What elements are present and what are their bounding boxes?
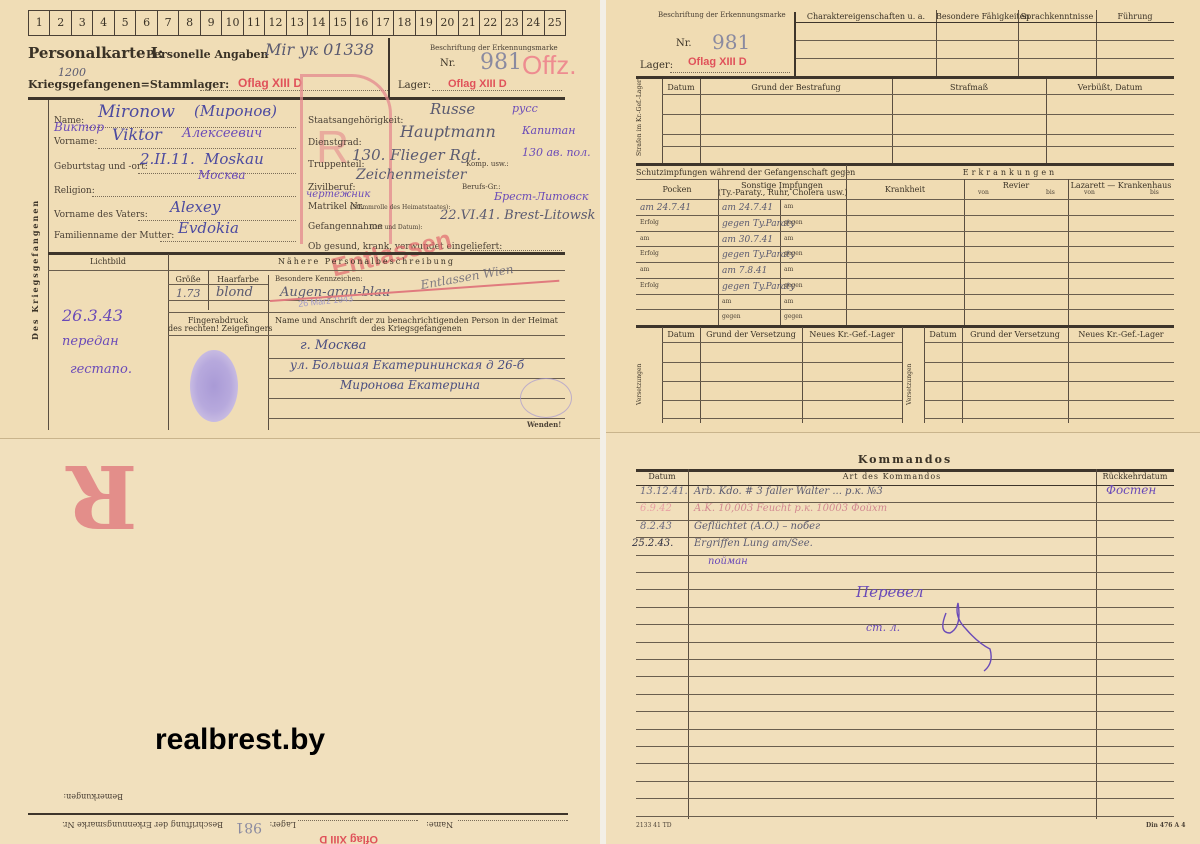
rule-line	[636, 624, 1174, 625]
right-lager-stamp: Oflag XIII D	[688, 56, 747, 68]
rule-line	[636, 278, 1174, 279]
geburt-label: Geburtstag und -ort:	[54, 162, 148, 172]
sonstige-label-2: (Ty.-Paraty., Ruhr, Cholera usw.)	[718, 188, 846, 197]
column-number: 22	[479, 10, 500, 35]
kommando-art: Arb. Kdo. # 3 faller Walter ... р.к. №3	[694, 486, 883, 497]
geburt-place-cyrillic: Москва	[198, 168, 246, 182]
rule-line	[636, 215, 1174, 216]
zivil-value: Zeichenmeister	[356, 167, 466, 183]
pocken-cell: am	[640, 235, 649, 242]
impf-third-cell: gegen	[784, 313, 803, 320]
kommando-datum: 13.12.41.	[640, 486, 688, 497]
column-number: 10	[221, 10, 242, 35]
matrikel-sub: (Stammrolle des Heimatstaates):	[350, 204, 450, 211]
column-number: 18	[393, 10, 414, 35]
column-number: 21	[458, 10, 479, 35]
column-number: 15	[329, 10, 350, 35]
versetz-header: Neues Kr.-Gef.-Lager	[802, 330, 902, 339]
pocken-label: Pocken	[636, 185, 718, 194]
personalkarte-front: 1234567891011121314151617181920212223242…	[0, 0, 600, 438]
versetz-side-label-2: Versetzungen	[906, 345, 913, 405]
rule-line	[636, 746, 1174, 747]
geburt-place: Moskau	[204, 150, 264, 168]
vater-value: Alexey	[170, 198, 220, 216]
rule-line	[636, 246, 1174, 247]
groesse-value: 1.73	[176, 287, 201, 300]
traits-header: Sprachkenntnisse	[1018, 12, 1096, 21]
rule-line	[636, 816, 1174, 817]
card-subtitle: Personelle Angaben	[146, 48, 269, 61]
sonstige-cell: am 30.7.41	[722, 235, 773, 245]
offz-stamp: Offz.	[522, 50, 576, 81]
rule-line	[662, 418, 902, 419]
fingerprint	[190, 350, 238, 422]
staat-cyrillic: русс	[512, 102, 538, 115]
column-number: 25	[544, 10, 565, 35]
lazarett-bis: bis	[1150, 189, 1159, 196]
pocken-cell: am	[640, 266, 649, 273]
rule-line	[924, 418, 1174, 419]
rule-line	[636, 262, 1174, 263]
address-line: ул. Большая Екатерининская д 26-б	[290, 358, 524, 372]
krankheit-label: Krankheit	[846, 185, 964, 194]
right-erkennungsmarke-label: Beschriftung der Erkennungsmarke	[658, 11, 786, 19]
rule-line	[1046, 79, 1047, 163]
rule-line	[1096, 10, 1097, 76]
kommando-datum: 25.2.43.	[632, 538, 673, 549]
versetz-header: Datum	[662, 330, 700, 339]
rule-line	[662, 400, 902, 401]
staat-value: Russe	[430, 100, 475, 118]
vorname-label: Vorname:	[54, 137, 97, 147]
footer-din-format: Din 476 A 4	[1146, 822, 1185, 829]
column-number: 24	[522, 10, 543, 35]
versetz-header: Grund der Versetzung	[962, 330, 1068, 339]
kommando-art: A.K. 10,003 Feucht р.к. 10003 Фойхт	[694, 503, 887, 514]
pocken-cell: Erfolg	[640, 282, 659, 289]
rule-line	[636, 763, 1174, 764]
mutter-value: Evdokia	[178, 219, 239, 237]
column-number: 5	[114, 10, 135, 35]
rule-line	[924, 381, 1174, 382]
column-number: 17	[372, 10, 393, 35]
rule-line	[636, 607, 1174, 608]
rule-line	[636, 231, 1174, 232]
rule-line	[924, 362, 1174, 363]
impf-third-cell: gegen	[784, 250, 803, 257]
address-line: Миронова Екатерина	[340, 378, 480, 392]
impf-title: Schutzimpfungen während der Gefangenscha…	[636, 168, 846, 177]
strafen-header: Datum	[662, 83, 700, 92]
rule-line	[662, 94, 1174, 95]
impf-third-cell: gegen	[784, 282, 803, 289]
right-nr-label: Nr.	[676, 38, 692, 49]
rule-line	[662, 79, 663, 163]
religion-label: Religion:	[54, 186, 95, 196]
versetz-side-label-1: Versetzungen	[636, 345, 643, 405]
rule-line	[662, 381, 902, 382]
column-number: 23	[501, 10, 522, 35]
vorname-value: Viktor	[112, 125, 162, 144]
rule-line	[636, 711, 1174, 712]
stammlager-stamp: Oflag XIII D	[238, 76, 302, 90]
name-cyrillic: (Миронов)	[194, 102, 277, 120]
rule-line	[636, 294, 1174, 295]
traits-header: Führung	[1096, 12, 1174, 21]
rule-line	[636, 694, 1174, 695]
kommando-art: Geflüchtet (A.O.) – побег	[694, 521, 820, 532]
pocken-cell: Erfolg	[640, 219, 659, 226]
rule-line	[636, 781, 1174, 782]
kommando-rueck: Фостен	[1106, 483, 1156, 497]
rule-line	[924, 342, 1174, 343]
rule-line	[892, 79, 893, 163]
komp-label: Komp. usw.:	[466, 160, 509, 168]
rule-line	[662, 362, 902, 363]
column-number: 20	[436, 10, 457, 35]
flipped-beschriftung: Beschriftung der Erkennungsmarke Nr.	[62, 820, 223, 829]
staat-label: Staatsangehörigkeit:	[308, 116, 403, 126]
matrikel-cyrillic: Брест-Литовск	[494, 190, 588, 203]
finger-label-2: des rechten! Zeigefingers	[168, 324, 268, 333]
column-number: 8	[178, 10, 199, 35]
rule-line	[662, 342, 902, 343]
rule-line	[796, 58, 1174, 59]
rule-line	[796, 40, 1174, 41]
top-annotation: Mir ук 01338	[265, 40, 374, 59]
vater-label: Vorname des Vaters:	[54, 210, 148, 220]
kommandos-header-art: Art des Kommandos	[688, 472, 1096, 481]
traits-header: Charaktereigenschaften u. a.	[796, 12, 936, 21]
column-number: 2	[49, 10, 70, 35]
personalkarte-reverse-top: Beschriftung der Erkennungsmarke Nr. 981…	[606, 0, 1200, 432]
impf-third-cell: am	[784, 266, 793, 273]
nr-value: 981	[480, 50, 522, 75]
patronym-cyrillic: Алексеевич	[182, 126, 262, 141]
signature-scribble	[932, 583, 1002, 673]
versetz-header: Datum	[924, 330, 962, 339]
flipped-stamp: Oflag XIII D	[319, 833, 378, 844]
pocken-cell: am 24.7.41	[640, 203, 691, 213]
right-nr-value: 981	[712, 30, 750, 54]
truppe-value: 130. Flieger Rgt.	[352, 146, 481, 164]
flipped-name: Name:	[426, 820, 453, 829]
column-number: 1	[28, 10, 49, 35]
rule-line	[902, 327, 903, 423]
versetz-header: Neues Kr.-Gef.-Lager	[1068, 330, 1174, 339]
haarfarbe-label: Haarfarbe	[208, 275, 268, 284]
bemerkungen-label: Bemerkungen:	[63, 792, 123, 801]
lager-label: Lager:	[398, 80, 431, 91]
address-line: г. Москва	[300, 338, 366, 353]
rule-line	[636, 642, 1174, 643]
kennzeichen-label: Besondere Kennzeichen:	[275, 275, 363, 283]
stammlager-label: Kriegsgefangenen=Stammlager:	[28, 78, 229, 91]
strafen-header: Grund der Bestrafung	[700, 83, 892, 92]
column-number: 12	[264, 10, 285, 35]
name-value: Mironow	[98, 102, 175, 122]
column-number: 11	[243, 10, 264, 35]
impf-third-cell: am	[784, 203, 793, 210]
signature: Перевел	[856, 583, 924, 601]
rule-line	[636, 659, 1174, 660]
flipped-footer: Bemerkungen: Beschriftung der Erkennungs…	[28, 771, 568, 831]
gefangen-sub: (Ort und Datum):	[370, 224, 423, 231]
card-title: Personalkarte I:	[28, 44, 163, 62]
rule-line	[636, 676, 1174, 677]
lazarett-von: von	[1084, 189, 1095, 196]
sonstige-cell: am 7.8.41	[722, 266, 767, 276]
geburt-date: 2.II.11.	[140, 150, 195, 168]
rule-line	[636, 309, 1174, 310]
dienst-value: Hauptmann	[400, 122, 496, 141]
sonstige-cell: am	[722, 298, 731, 305]
personalkarte-back: R Bemerkungen: Beschriftung der Erkennun…	[0, 438, 600, 844]
rule-line	[636, 798, 1174, 799]
flipped-lager: Lager:	[270, 820, 296, 829]
revier-bis: bis	[1046, 189, 1055, 196]
rule-line	[636, 729, 1174, 730]
nr-label: Nr.	[440, 58, 456, 69]
sonstige-cell: gegen	[722, 313, 741, 320]
sonstige-cell: am 24.7.41	[722, 203, 773, 213]
right-lager-label: Lager:	[640, 60, 673, 71]
vorname-cyrillic: Виктор	[54, 120, 104, 134]
impf-third-cell: am	[784, 235, 793, 242]
mutter-label: Familienname der Mutter:	[54, 231, 174, 241]
benach-label-2: des Kriegsgefangenen	[268, 324, 565, 333]
column-number: 14	[307, 10, 328, 35]
dienst-cyrillic: Капитан	[522, 124, 575, 137]
column-number: 4	[92, 10, 113, 35]
kommandos-header-rueck: Rückkehrdatum	[1096, 472, 1174, 481]
rule-line	[1018, 10, 1019, 76]
lichtbild-note-date: 26.3.43	[62, 306, 123, 325]
rule-line	[662, 134, 1174, 135]
column-number: 16	[350, 10, 371, 35]
rule-line	[636, 572, 1174, 573]
revier-von: von	[978, 189, 989, 196]
komp-value: 130 ав. пол.	[522, 146, 591, 159]
side-label: Des Kriegsgefangenen	[30, 190, 40, 340]
rule-line	[662, 146, 1174, 147]
impf-third-cell: gegen	[784, 219, 803, 226]
flipped-nr-value: 981	[235, 819, 262, 835]
strafen-header: Strafmaß	[892, 83, 1046, 92]
rule-line	[662, 114, 1174, 115]
signature-sub: ст. л.	[866, 621, 900, 634]
kommandos-header-datum: Datum	[636, 472, 688, 481]
kommando-datum: 6.9.42	[640, 503, 672, 514]
kommando-datum: 8.2.43	[640, 521, 672, 532]
column-number: 19	[415, 10, 436, 35]
lichtbild-note-2: гестапо.	[70, 362, 132, 377]
kommando-art: Ergriffen Lung am/See.	[694, 538, 813, 549]
strafen-header: Verbüßt, Datum	[1046, 83, 1174, 92]
erkr-title: Erkrankungen	[846, 168, 1174, 177]
zivil-cyrillic: чертёжник	[306, 189, 370, 200]
kommando-art: пойман	[708, 556, 748, 567]
wenden-label: Wenden!	[527, 420, 561, 429]
rule-line	[936, 10, 937, 76]
lichtbild-label: Lichtbild	[48, 257, 168, 266]
lichtbild-note-1: передан	[62, 334, 119, 349]
kommandos-section: Kommandos Datum Art des Kommandos Rückke…	[606, 432, 1200, 844]
r-letter-stamp: R	[66, 445, 137, 546]
strafen-side-label: Strafen im Kr.-Gef.-Lager	[636, 88, 643, 156]
watermark: realbrest.by	[155, 723, 325, 757]
column-number: 13	[286, 10, 307, 35]
rule-line	[700, 79, 701, 163]
impf-third-cell: am	[784, 298, 793, 305]
column-number: 9	[200, 10, 221, 35]
groesse-label: Größe	[168, 275, 208, 284]
column-number: 3	[71, 10, 92, 35]
haarfarbe-value: blond	[216, 285, 253, 300]
rule-line	[924, 400, 1174, 401]
traits-header: Besondere Fähigkeiten	[936, 12, 1018, 21]
rule-line	[796, 22, 1174, 23]
gefangen-value: 22.VI.41. Brest-Litowsk	[440, 208, 595, 223]
lager-stamp: Oflag XIII D	[448, 78, 507, 90]
kommandos-title: Kommandos	[636, 453, 1174, 466]
round-stamp	[520, 378, 572, 418]
column-number: 6	[135, 10, 156, 35]
versetz-header: Grund der Versetzung	[700, 330, 802, 339]
column-number: 7	[157, 10, 178, 35]
footer-print-code: 2133 41 TD	[636, 822, 672, 829]
pocken-cell: Erfolg	[640, 250, 659, 257]
